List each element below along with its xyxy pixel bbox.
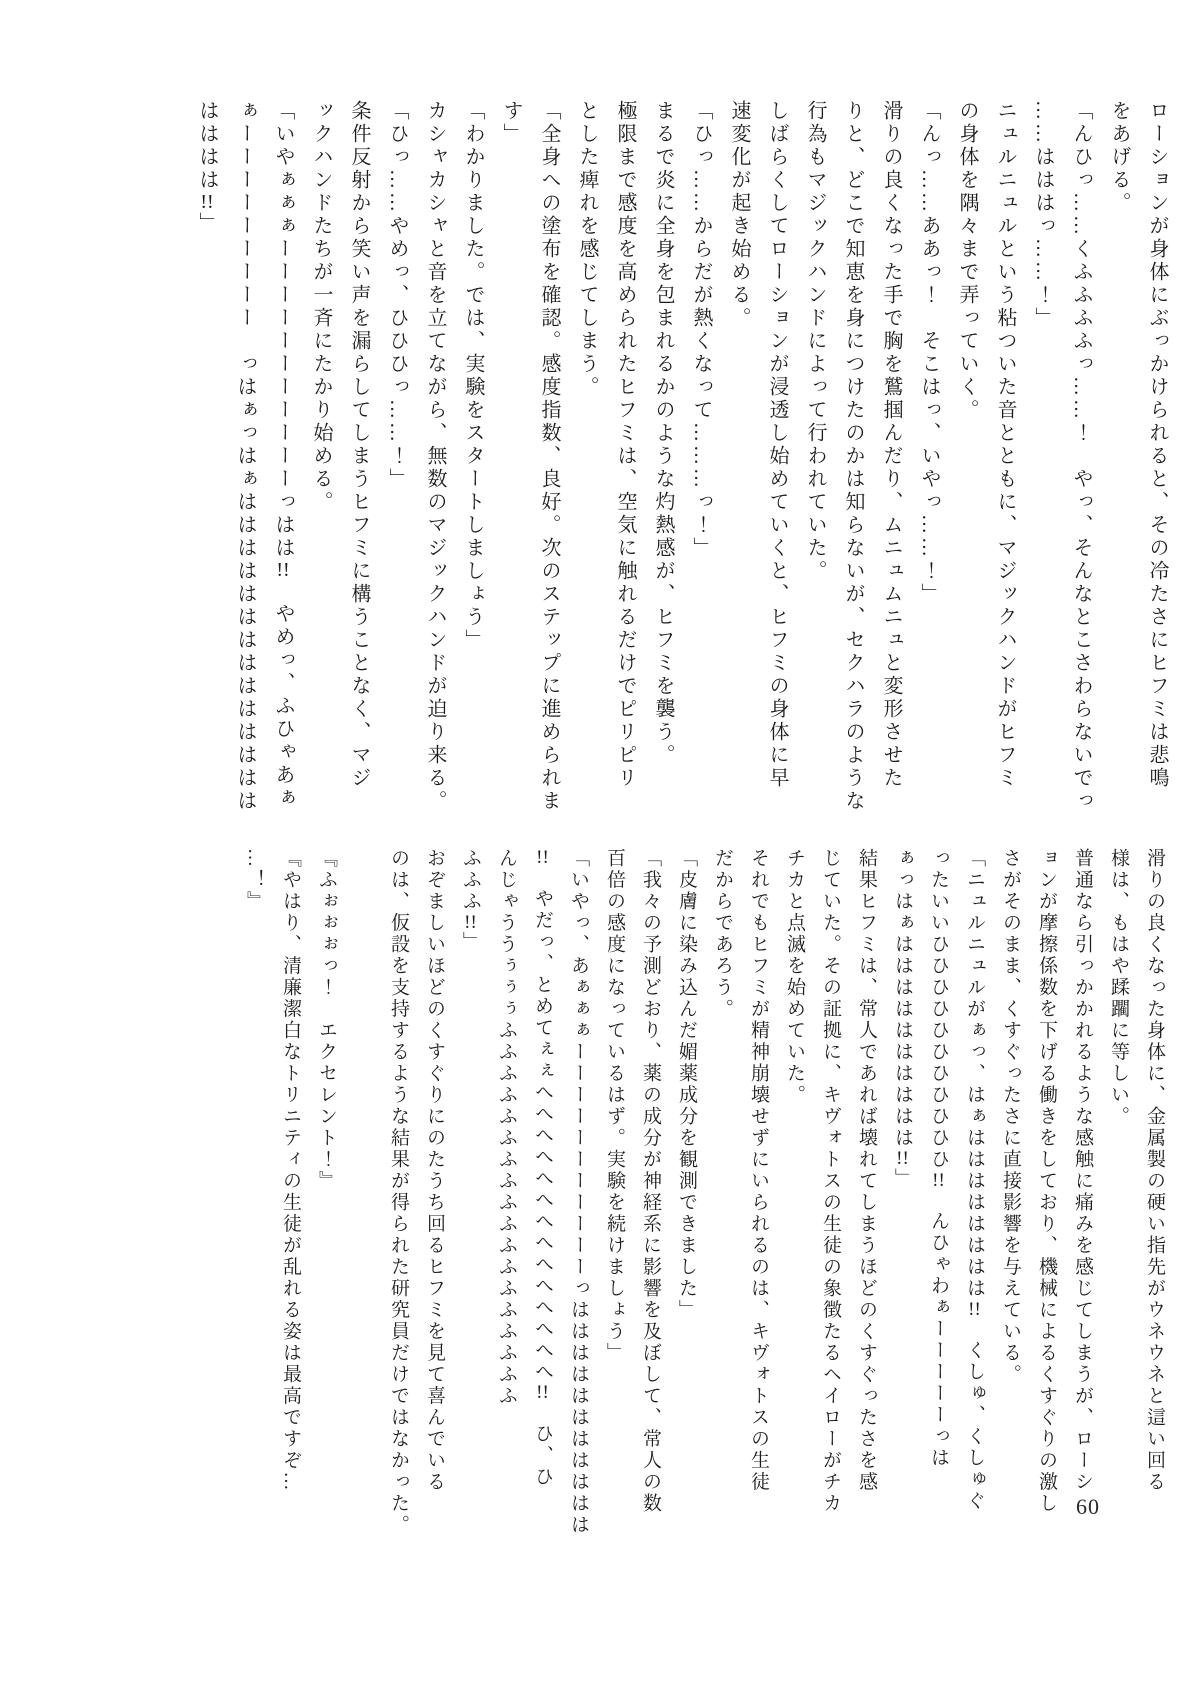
text-column: チカと点滅を始めていた。 bbox=[776, 848, 812, 1106]
text-column: 「皮膚に染み込んだ媚薬成分を観測できました」 bbox=[668, 848, 704, 1321]
text-column: 普通なら引っかかれるような感触に痛みを感じてしまうが、ローシ bbox=[1064, 848, 1100, 1493]
text-column: 速変化が起き始める。 bbox=[720, 100, 758, 330]
text-column: ぁーーーーーーーーー っはぁっはぁはははははははははははははは bbox=[226, 100, 264, 813]
upper-text-block: ローションが身体にぶっかけられると、その冷たさにヒフミは悲鳴をあげる。「んひっ…… bbox=[188, 100, 1176, 813]
text-column: 極限まで感度を高められたヒフミは、空気に触れるだけでピリピリ bbox=[606, 100, 644, 790]
text-column: 「いやっ、あぁぁぁーーーーーーーーーーーっははははははははははは bbox=[560, 848, 596, 1536]
text-column: のは、仮設を支持するような結果が得られた研究員だけではなかった。 bbox=[380, 848, 416, 1536]
text-column: 行為もマジックハンドによって行われていた。 bbox=[796, 100, 834, 583]
text-column: !! やだっ、とめてぇぇへへへへへへへへへへへへへへ!! ひ、ひ bbox=[524, 848, 560, 1488]
double-exclamation: !! bbox=[460, 913, 481, 932]
text-column: じていた。その証拠に、キヴォトスの生徒の象徴たるヘイローがチカ bbox=[812, 848, 848, 1515]
double-exclamation: !! bbox=[964, 1300, 985, 1319]
text-column: ローションが身体にぶっかけられると、その冷たさにヒフミは悲鳴 bbox=[1138, 100, 1176, 790]
text-column: 「んひっ……くふふふふっ……！ やっ、そんなとこさわらないでっ bbox=[1062, 100, 1100, 813]
text-column: さがそのまま、くすぐったさに直接影響を与えている。 bbox=[992, 848, 1028, 1386]
scanned-novel-page: ローションが身体にぶっかけられると、その冷たさにヒフミは悲鳴をあげる。「んひっ…… bbox=[0, 0, 1200, 1695]
text-column: 滑りの良くなった手で胸を鷲掴んだり、ムニュムニュと変形させた bbox=[872, 100, 910, 790]
text-column: 「ニュルニュルがぁっ、はぁはははははははは!! くしゅ、くしゅぐ bbox=[956, 848, 992, 1512]
double-exclamation: !! bbox=[892, 1149, 913, 1168]
text-column: しばらくしてローションが浸透し始めていくと、ヒフミの身体に早 bbox=[758, 100, 796, 790]
text-column: ったいいひひひひひひひひひひひ!! んひゃわぁーーーーーっは bbox=[920, 848, 956, 1469]
text-column: 「わかりました。では、実験をスタートしましょう」 bbox=[454, 100, 492, 652]
text-column: 「いやぁぁぁーーーーーーーーーーーっはは!! やめっ、ふひゃあぁ bbox=[264, 100, 302, 810]
double-exclamation: !! bbox=[196, 192, 218, 212]
text-column: 「全身への塗布を確認。感度指数、良好。次のステップに進められま bbox=[530, 100, 568, 813]
text-column: だからであろう。 bbox=[704, 848, 740, 1020]
text-column: カシャカシャと音を立てながら、無数のマジックハンドが迫り来る。 bbox=[416, 100, 454, 813]
lower-text-block: 滑りの良くなった身体に、金属製の硬い指先がウネウネと這い回る様は、もはや蹂躙に等… bbox=[236, 848, 1172, 1536]
double-exclamation: !! bbox=[272, 560, 294, 580]
text-column: おぞましいほどのくすぐりにのたうち回るヒフミを見て喜んでいる bbox=[416, 848, 452, 1493]
text-column: ックハンドたちが一斉にたかり始める。 bbox=[302, 100, 340, 514]
text-column: 「んっ……ああっ！ そこはっ、いやっ……！」 bbox=[910, 100, 948, 606]
text-column: とした痺れを感じてしまう。 bbox=[568, 100, 606, 399]
text-column: 「我々の予測どおり、薬の成分が神経系に影響を及ぼして、常人の数 bbox=[632, 848, 668, 1515]
text-column: ふふふ!!」 bbox=[452, 848, 488, 953]
text-column: ……はははっ……！」 bbox=[1024, 100, 1062, 330]
text-column: ョンが摩擦係数を下げる働きをしており、機械によるくすぐりの激し bbox=[1028, 848, 1064, 1515]
text-column: …！』 bbox=[236, 848, 272, 913]
page-number: 60 bbox=[1076, 1494, 1100, 1520]
text-column: 結果ヒフミは、常人であれば壊れてしまうほどのくすぐったさを感 bbox=[848, 848, 884, 1493]
text-column: の身体を隅々まで弄っていく。 bbox=[948, 100, 986, 422]
text-column: をあげる。 bbox=[1100, 100, 1138, 215]
double-exclamation: !! bbox=[928, 1171, 949, 1190]
text-column: んじゃううぅぅぅふふふふふふふふふふふふふふふふふふ bbox=[488, 848, 524, 1407]
double-exclamation: !! bbox=[532, 1383, 553, 1402]
text-column: まるで炎に全身を包まれるかのような灼熱感が、ヒフミを襲う。 bbox=[644, 100, 682, 767]
text-column: 『やはり、清廉潔白なトリニティの生徒が乱れる姿は最高ですぞ… bbox=[272, 848, 308, 1493]
text-column: 条件反射から笑い声を漏らしてしまうヒフミに構うことなく、マジ bbox=[340, 100, 378, 790]
text-column: 様は、もはや蹂躙に等しい。 bbox=[1100, 848, 1136, 1128]
text-column: 『ふぉぉぉっ！ エクセレント！』 bbox=[308, 848, 344, 1192]
text-column: 滑りの良くなった身体に、金属製の硬い指先がウネウネと這い回る bbox=[1136, 848, 1172, 1493]
text-column: 「ひっ……からだが熱くなって………っ！」 bbox=[682, 100, 720, 560]
text-column: 百倍の感度になっているはず。実験を続けましょう」 bbox=[596, 848, 632, 1364]
text-column: りと、どこで知恵を身につけたのかは知らないが、セクハラのような bbox=[834, 100, 872, 813]
double-exclamation: !! bbox=[532, 848, 553, 867]
text-column: す」 bbox=[492, 100, 530, 146]
text-column: それでもヒフミが精神崩壊せずにいられるのは、キヴォトスの生徒 bbox=[740, 848, 776, 1493]
text-column: はははは!!」 bbox=[188, 100, 226, 235]
text-column: ニュルニュルという粘ついた音とともに、マジックハンドがヒフミ bbox=[986, 100, 1024, 790]
text-column: 「ひっ……やめっ、ひひひっ……！」 bbox=[378, 100, 416, 491]
text-column: ぁっはぁはははははははははは!!」 bbox=[884, 848, 920, 1190]
